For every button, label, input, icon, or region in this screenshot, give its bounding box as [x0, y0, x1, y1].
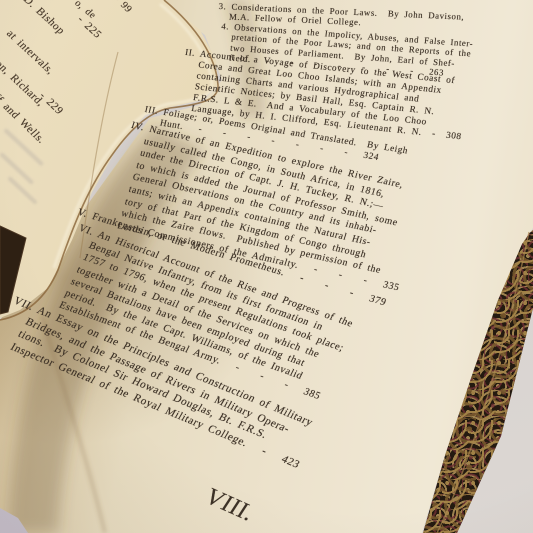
entry-number: V. — [75, 207, 89, 221]
entry-number: III. — [144, 104, 160, 117]
entry-number: IV. — [129, 120, 146, 135]
toc-text: 3. Considerations on the Poor Laws. By J… — [0, 0, 533, 533]
entry-number: 4. — [221, 21, 230, 32]
entry-number: II. — [184, 47, 196, 59]
book-photo: o, de- 99D. Bishop- 225at intervals,son,… — [0, 0, 533, 533]
entry-number: VIII. — [200, 484, 260, 526]
entry-number: 3. — [218, 1, 226, 12]
toc-entry-9: VIII. — [200, 484, 260, 526]
